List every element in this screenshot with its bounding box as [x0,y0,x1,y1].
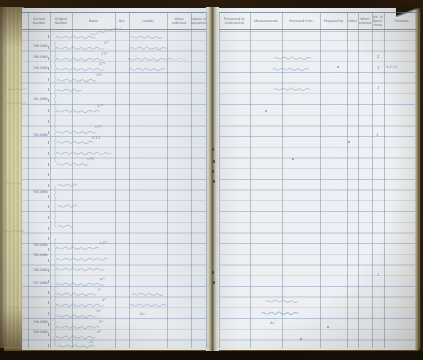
row-tick [48,163,49,166]
handwriting-entry [56,33,94,41]
handwriting-entry [56,149,108,157]
handwriting-entry [171,55,185,63]
handwriting-entry [129,65,163,73]
handwriting-entry [57,138,91,146]
row-tick [48,109,49,112]
ink-dot [292,158,294,160]
pencil-annotation [8,85,24,93]
row-tick [48,88,49,91]
row-tick [48,184,49,187]
ink-annotation: 47 [104,41,109,45]
row-tick [48,46,49,49]
ink-annotation: 10 [96,309,101,313]
row-tick [48,301,49,304]
registration-number-stamp: 790.1880 [33,66,48,70]
registration-number-stamp: 789.1880 [33,55,48,59]
ink-annotation: x77 [95,125,102,129]
grouping-brace [53,238,59,344]
handwriting-entry [56,65,100,73]
row-tick [48,152,49,155]
row-tick [48,344,49,347]
row-tick [48,237,49,240]
row-tick [48,248,49,251]
ink-annotation: do. [140,312,146,316]
ink-annotation: 3 [377,65,380,70]
registration-number-stamp: 794.1880 [33,243,48,247]
registration-number-stamp: 791.1880 [33,97,48,101]
handwriting-entry [128,55,168,63]
row-tick [48,195,49,198]
binding-speck [212,170,214,173]
ink-dot [348,141,350,143]
handwriting-entry [58,222,72,230]
handwriting-entry [57,312,95,320]
ink-annotation: 4* [97,330,101,334]
handwriting-entry [266,297,296,305]
handwriting-entry [56,255,106,263]
ink-annotation: 1 [377,85,380,90]
handwriting-entry [58,202,74,210]
pencil-annotation [7,99,25,107]
registration-number-stamp: 788.1880 [33,44,48,48]
handwriting-entry [58,342,90,350]
ink-annotation: 47* [99,62,105,66]
handwriting-entry [56,44,104,52]
ink-annotation: w* [100,277,105,281]
ink-annotation: 1 [377,272,380,277]
handwriting-entry [57,128,95,136]
row-tick [48,333,49,336]
grouping-brace [53,186,59,226]
ink-dot [337,66,339,68]
handwriting-entry [56,55,102,63]
handwriting-layer: 4711*47*10*47*x779.10x781.87w*96*109*4*x… [0,0,423,360]
row-tick [48,131,49,134]
registration-number-stamp: 799.1880 [33,330,48,334]
row-tick [48,67,49,70]
row-tick [48,120,49,123]
handwriting-entry [132,290,160,298]
ink-annotation: 2 [377,54,380,59]
binding-speck [212,148,214,151]
pencil-annotation [4,303,18,311]
row-tick [48,205,49,208]
row-tick [48,99,49,102]
handwriting-entry [57,290,95,298]
row-tick [48,312,49,315]
ink-dot [265,110,267,112]
handwriting-entry [56,265,102,273]
binding-speck [213,281,215,284]
binding-speck [212,271,214,274]
handwriting-entry [130,301,162,309]
registration-number-stamp: 796.1880 [33,268,48,272]
pencil-annotation [6,179,20,187]
grouping-brace [53,42,59,162]
handwriting-entry [57,86,79,94]
registration-number-stamp: 797.1880 [33,281,48,285]
registration-number-stamp: 798.1880 [33,320,48,324]
ink-annotation: x5 [89,340,93,344]
row-tick [48,227,49,230]
ink-dot [327,326,329,328]
ink-annotation: 1 [376,132,379,137]
handwriting-entry [56,244,98,252]
ink-dot [300,338,302,340]
handwriting-entry [58,181,76,189]
handwriting-entry [56,107,96,115]
register-ledger-photo: Current NumberOriginal NumberNameSexLoca… [0,0,423,360]
row-tick [48,323,49,326]
handwriting-entry [262,309,296,317]
ink-annotation: 9* [99,320,103,324]
ink-annotation: 6* [102,298,106,302]
handwriting-entry [57,76,95,84]
handwriting-entry [273,65,309,73]
binding-speck [213,180,215,183]
ink-annotation: x78 [87,157,94,161]
row-tick [48,35,49,38]
row-tick [48,57,49,60]
handwriting-entry [56,323,98,331]
registration-number-stamp: 793.1880 [33,190,48,194]
ink-annotation: 4.8.15 [386,65,397,69]
handwriting-entry [56,280,100,288]
pencil-annotation [5,227,21,235]
handwriting-entry [57,160,87,168]
row-tick [48,269,49,272]
ink-annotation: 47* [97,104,103,108]
ink-annotation: 11* [101,52,107,56]
row-tick [48,216,49,219]
row-tick [48,259,49,262]
binding-speck [213,160,215,163]
row-tick [48,78,49,81]
handwriting-entry [274,85,306,93]
ink-annotation: 1.87 [99,241,107,245]
handwriting-entry [131,33,159,41]
ink-annotation: 9 [98,288,100,292]
ink-annotation: 9.10 [92,136,100,140]
ink-annotation: 10* [96,73,102,77]
handwriting-entry [130,44,166,52]
handwriting-entry [56,301,102,309]
row-tick [48,291,49,294]
row-tick [48,173,49,176]
row-tick [48,280,49,283]
registration-number-stamp: 792.1880 [33,133,48,137]
row-tick [48,141,49,144]
handwriting-entry [89,23,120,38]
registration-number-stamp: 795.1880 [33,253,48,257]
handwriting-entry [275,54,307,62]
ink-annotation: do [270,321,274,325]
